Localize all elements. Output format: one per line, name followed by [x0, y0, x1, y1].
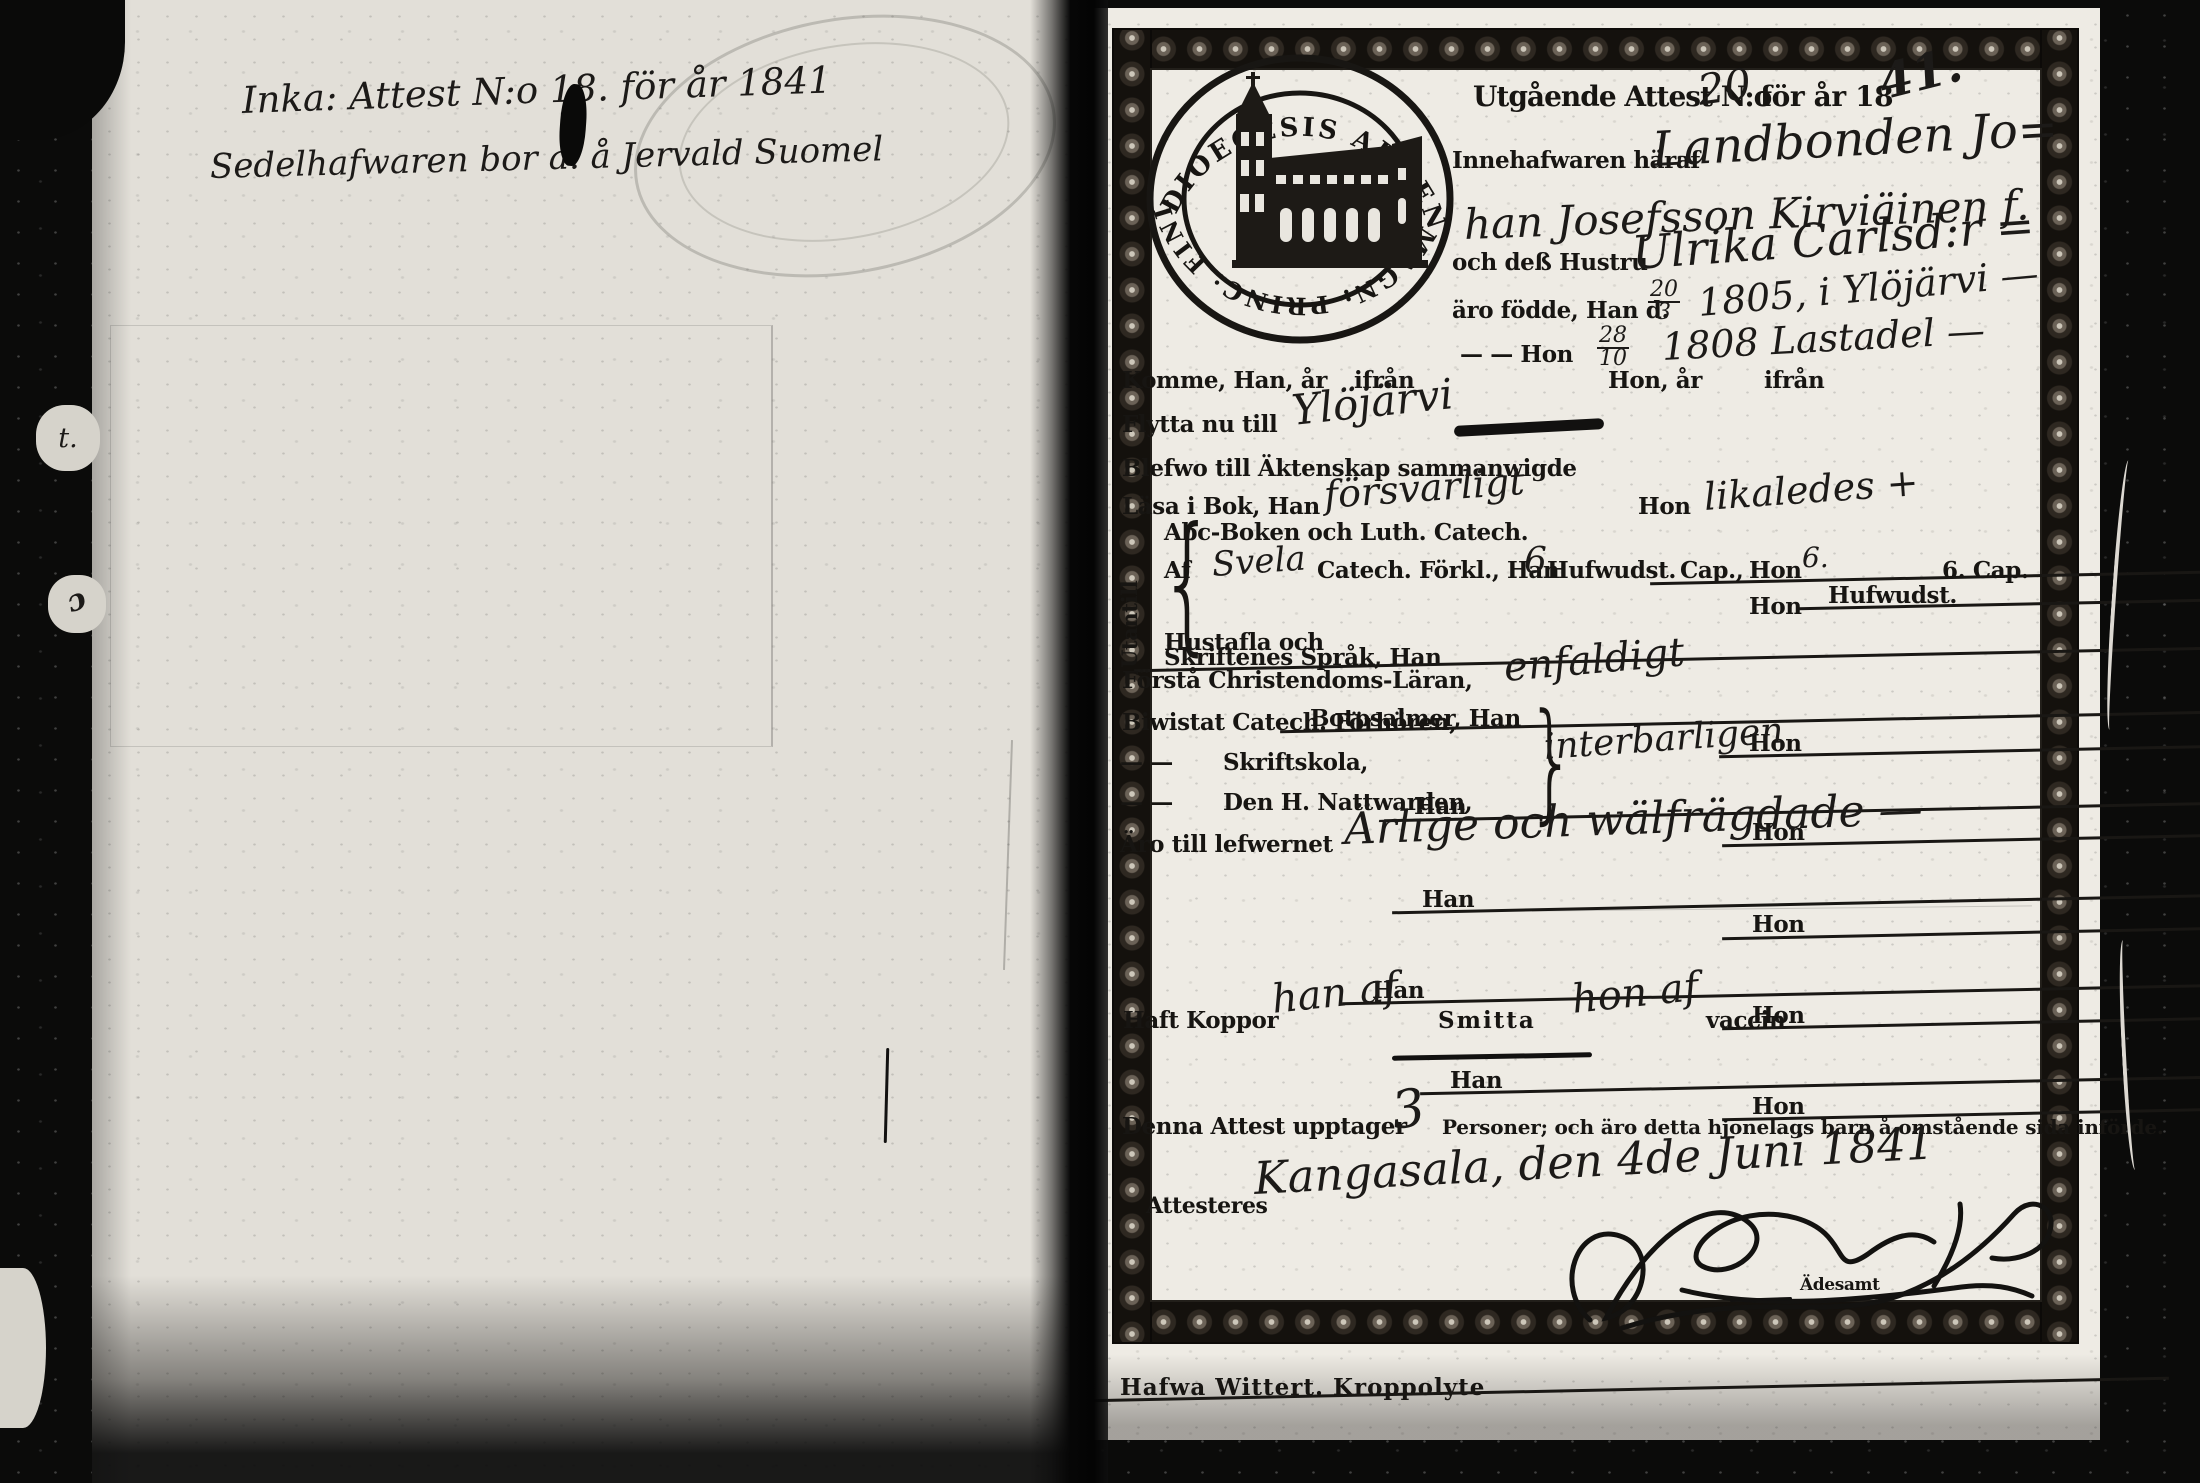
memory-row3-hon: Hon: [1749, 594, 1802, 619]
border-right: [2040, 28, 2079, 1344]
read-written-b: likaledes +: [1703, 463, 1920, 516]
smallpox-printed-c: vaccin: [1706, 1008, 1785, 1033]
memory-row4-hon-struck: Hon: [1749, 731, 2200, 756]
memory-row2-written-book: Svela: [1211, 542, 1307, 582]
church-illustration: [1232, 72, 1428, 268]
born-hon-fraction: 28 10: [1597, 326, 1629, 370]
born-date-fraction: 20 3: [1648, 280, 1680, 324]
title-number: 20: [1695, 63, 1754, 112]
came-label-hon: Hon, år: [1608, 368, 1702, 393]
defect-strike-extension: [1392, 1052, 1592, 1060]
left-note-line1: Inka: Attest N:o 18. för år 1841: [241, 61, 832, 119]
memory-row4-hustafla: Hustafla och: [1164, 630, 1324, 655]
memory-row1: Abc-Boken och Luth. Catech.: [1164, 520, 1528, 545]
memory-row2-catech: Catech. Förkl., Han: [1317, 558, 1559, 583]
read-printed-b: Hon: [1638, 494, 1691, 519]
born-printed: äro födde, Han d.: [1452, 298, 1669, 323]
move-to-printed: Flytta nu till: [1122, 412, 1277, 437]
smallpox-printed-b: Smitta: [1438, 1008, 1536, 1033]
margin-mark-patch-2: ɔ: [48, 575, 106, 633]
bottom-left-paper-blob: [0, 1268, 46, 1428]
attested-printed: Attesteres: [1146, 1194, 1268, 1218]
signature-scrawl: [1562, 1170, 2082, 1335]
christendom-written: enfaldigt: [1502, 632, 1686, 688]
catech-han-struck: Han: [1422, 887, 2200, 912]
page-gutter: [1030, 0, 1108, 1483]
margin-mark-patch-1: t.: [36, 405, 100, 471]
title-printed-b: för år 18: [1760, 82, 1893, 113]
holder-written-a: Landbonden Jo=: [1651, 105, 2059, 174]
smallpox-printed-a: Haft Koppor: [1123, 1008, 1278, 1033]
fold-crease-rect: [110, 325, 773, 747]
fold-crease-vertical: [1003, 740, 1013, 970]
skriftskola-printed: Skriftskola,: [1223, 750, 1368, 775]
left-page: Inka: Attest N:o 18. för år 1841 Sedelha…: [92, 0, 1070, 1483]
right-page: DIOECESIS ABOENSIS. MAGN: PRINC: FINL.: [1092, 8, 2100, 1440]
persons-count: 3: [1388, 1082, 1428, 1138]
diocese-seal: DIOECESIS ABOENSIS. MAGN: PRINC: FINL.: [1140, 48, 1460, 350]
nattvard-han-struck: Han: [1450, 1068, 2200, 1093]
scanned-document: Inka: Attest N:o 18. för år 1841 Sedelha…: [0, 0, 2200, 1483]
christendom-printed: Förstå Christendoms-Läran,: [1122, 668, 1473, 693]
pen-stroke: [884, 1048, 889, 1143]
memory-label: Utantill: [1118, 548, 1141, 668]
persons-printed-a: Denna Attest upptager: [1122, 1114, 1407, 1139]
smallpox-written-1: han af: [1270, 967, 1400, 1020]
memory-row2-hufwudst: Hufwudst.: [1547, 558, 1676, 583]
memory-row2-cap6: 6. Cap.: [1942, 558, 2029, 583]
memory-row2-hon: Hon: [1749, 558, 1802, 583]
wife-printed: och deß Hustru: [1452, 250, 1648, 275]
margin-mark-1: t.: [58, 425, 77, 452]
smallpox-written-2: hon af: [1570, 967, 1700, 1020]
catech-printed: Biwistat Catech. Förhören,: [1122, 710, 1457, 735]
memory-row2-count-han: 6: [1524, 544, 1547, 580]
signature-caption: Ädesamt: [1800, 1276, 1880, 1295]
born-frac-den: 3: [1657, 303, 1671, 324]
nattvard-dashes: — —: [1120, 790, 1173, 815]
catech-hon-struck: Hon: [1752, 912, 2200, 937]
move-to-ink-stroke: [1454, 418, 1604, 437]
conduct-printed: Äro till lefwernet: [1120, 832, 1333, 857]
margin-mark-2: ɔ: [63, 584, 90, 618]
memory-row2-hufwudst-struck: Hufwudst.: [1828, 583, 2200, 608]
born-hon-printed: — — Hon: [1460, 342, 1573, 367]
skriftskola-han-struck: Han: [1372, 978, 2200, 1003]
memory-row2-count-hon: 6.: [1802, 544, 1829, 572]
memory-row2-af: Af: [1164, 558, 1191, 583]
skriftskola-dashes: — —: [1120, 750, 1173, 775]
read-printed-a: Läsa i Bok, Han: [1122, 494, 1320, 519]
came-ifran-2: ifrån: [1764, 368, 1824, 393]
defect-struck: Hafwa Wittert. Kroppolyte: [1120, 1375, 2128, 1400]
left-note-line2: Sedelhafwaren bor a. å Jervald Suomel: [210, 132, 884, 184]
